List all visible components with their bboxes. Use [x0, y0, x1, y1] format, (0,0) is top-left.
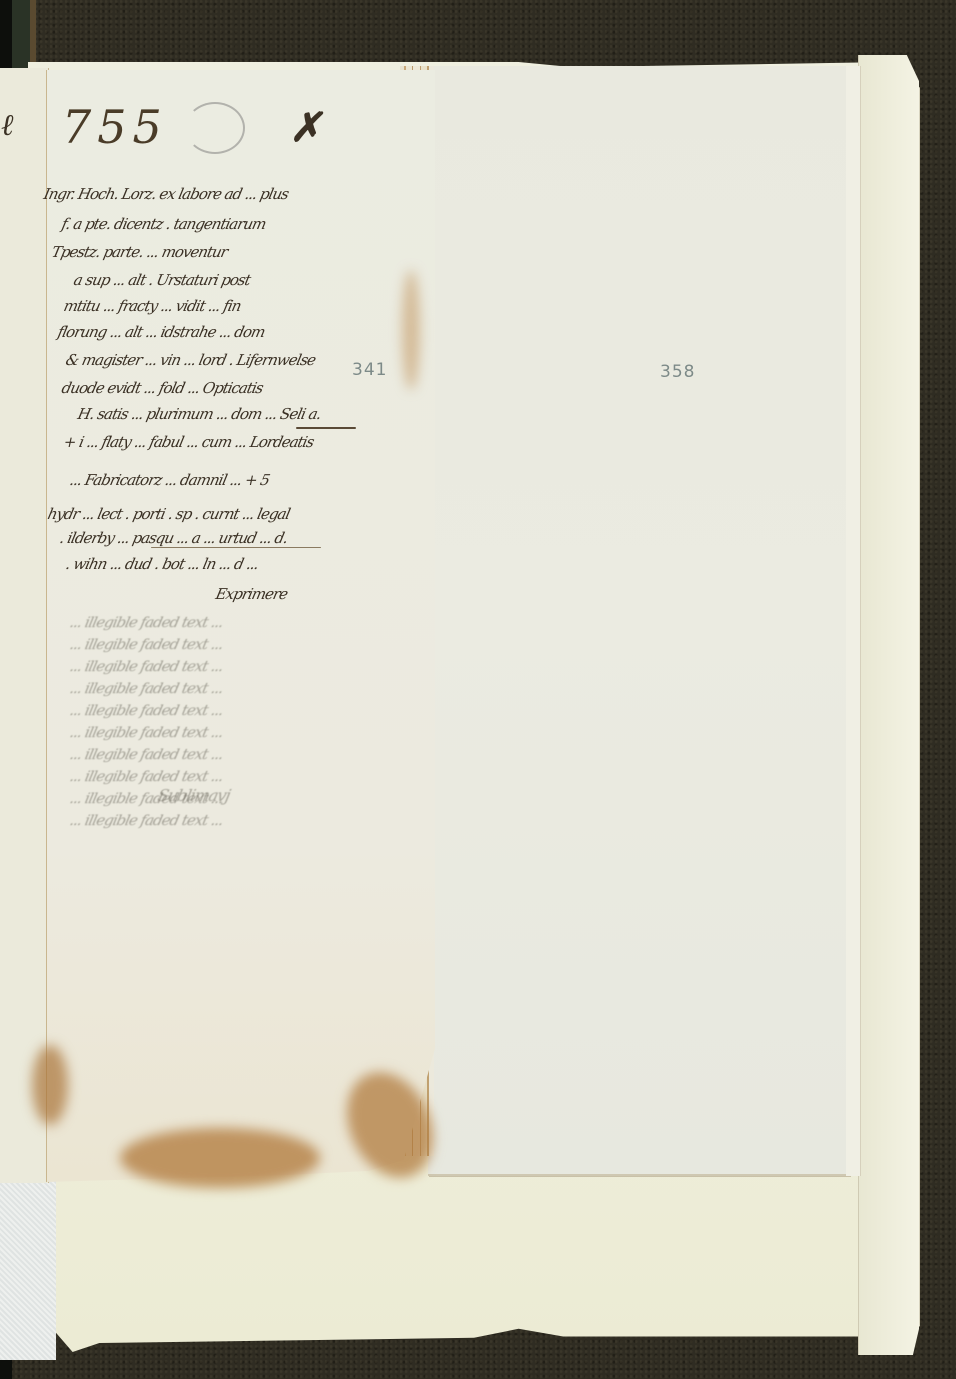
faded-line: ... illegible faded text ... [68, 613, 224, 631]
script-line: hydr ... lect . porti . sp . curnt ... l… [46, 505, 291, 523]
water-stain [402, 270, 420, 390]
script-line: H. satis ... plurimum ... dom ... Seli a… [76, 405, 322, 423]
blank-right-sheet: 358 [428, 66, 850, 1176]
binding-gap [30, 0, 36, 70]
script-line: Tpestz. parte. ... moventur [50, 243, 229, 261]
cloth-hinge [0, 1180, 56, 1360]
underline-stroke [296, 427, 356, 429]
faded-line: ... illegible faded text ... [68, 657, 224, 675]
backing-sheet-fold [858, 55, 919, 1355]
script-line: . wihn ... dud . bot ... ln ... d ... [64, 555, 260, 573]
script-line: ... Fabricatorz ... damnil ... + 5 [68, 471, 271, 489]
faded-line: ... illegible faded text ... [68, 723, 224, 741]
water-stain [120, 1128, 320, 1188]
signature: Sublimavj [156, 786, 231, 805]
binding-edge [12, 0, 30, 70]
header-folio-mark: 755 [62, 100, 168, 154]
script-line: mtitu ... fracty ... vidit ... fin [62, 297, 242, 315]
manuscript-text: Ingr. Hoch. Lorz. ex labore ad ... plus … [56, 165, 376, 865]
right-sheet-edge [846, 66, 861, 1176]
script-line: Exprimere [214, 585, 289, 603]
underline-stroke [151, 547, 321, 548]
left-fragment-mark: ℓ [0, 108, 16, 143]
faded-line: ... illegible faded text ... [68, 767, 224, 785]
script-line: . ilderby ... pasqu ... a ... urtud ... … [58, 529, 289, 547]
faded-line: ... illegible faded text ... [68, 679, 224, 697]
script-line: + i ... flaty ... fabul ... cum ... Lord… [62, 433, 315, 451]
script-line: duode evidt ... fold ... Opticatis [60, 379, 264, 397]
water-stain [32, 1045, 68, 1125]
left-page-fragment: ℓ [0, 68, 49, 1183]
folio-number-right: 358 [660, 362, 695, 382]
script-line: florung ... alt ... idstrahe ... dom [56, 323, 266, 341]
faded-line: ... illegible faded text ... [68, 811, 224, 829]
faded-line: ... illegible faded text ... [68, 635, 224, 653]
script-line: & magister ... vin ... lord . Lifernwels… [64, 351, 317, 369]
faded-line: ... illegible faded text ... [68, 701, 224, 719]
script-line: f. a pte. dicentz . tangentiarum [60, 215, 267, 233]
faded-line: ... illegible faded text ... [68, 745, 224, 763]
pencil-circle-mark [185, 102, 245, 154]
script-line: a sup ... alt . Urstaturi post [72, 271, 252, 289]
script-line: Ingr. Hoch. Lorz. ex labore ad ... plus [42, 185, 290, 203]
